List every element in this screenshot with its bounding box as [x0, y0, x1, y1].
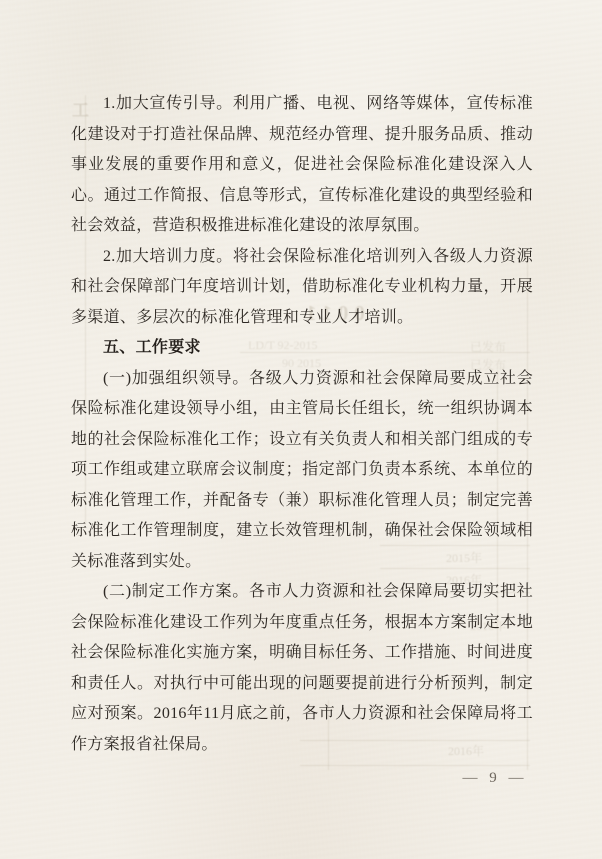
paragraph-training: 2.加大培训力度。将社会保险标准化培训列入各级人力资源和社会保障部门年度培训计划…: [71, 242, 533, 334]
paragraph-publicity: 1.加大宣传引导。利用广播、电视、网络等媒体，宣传标准化建设对于打造社保品牌、规…: [71, 89, 533, 242]
scanned-document-page: 工 0011 LD/T 92-2015 已发布 90 2015 已发布 2015…: [0, 0, 602, 859]
bleedthrough-grid-line: [300, 765, 530, 766]
document-body: 1.加大宣传引导。利用广播、电视、网络等媒体，宣传标准化建设对于打造社保品牌、规…: [71, 89, 533, 760]
page-number: — 9 —: [440, 770, 550, 787]
section-heading-work-requirements: 五、工作要求: [71, 333, 533, 364]
paragraph-work-plan: (二)制定工作方案。各市人力资源和社会保障局要切实把社会保险标准化建设工作列为年…: [71, 577, 533, 760]
paragraph-organization-leadership: (一)加强组织领导。各级人力资源和社会保障局要成立社会保险标准化建设领导小组，由…: [71, 364, 533, 578]
